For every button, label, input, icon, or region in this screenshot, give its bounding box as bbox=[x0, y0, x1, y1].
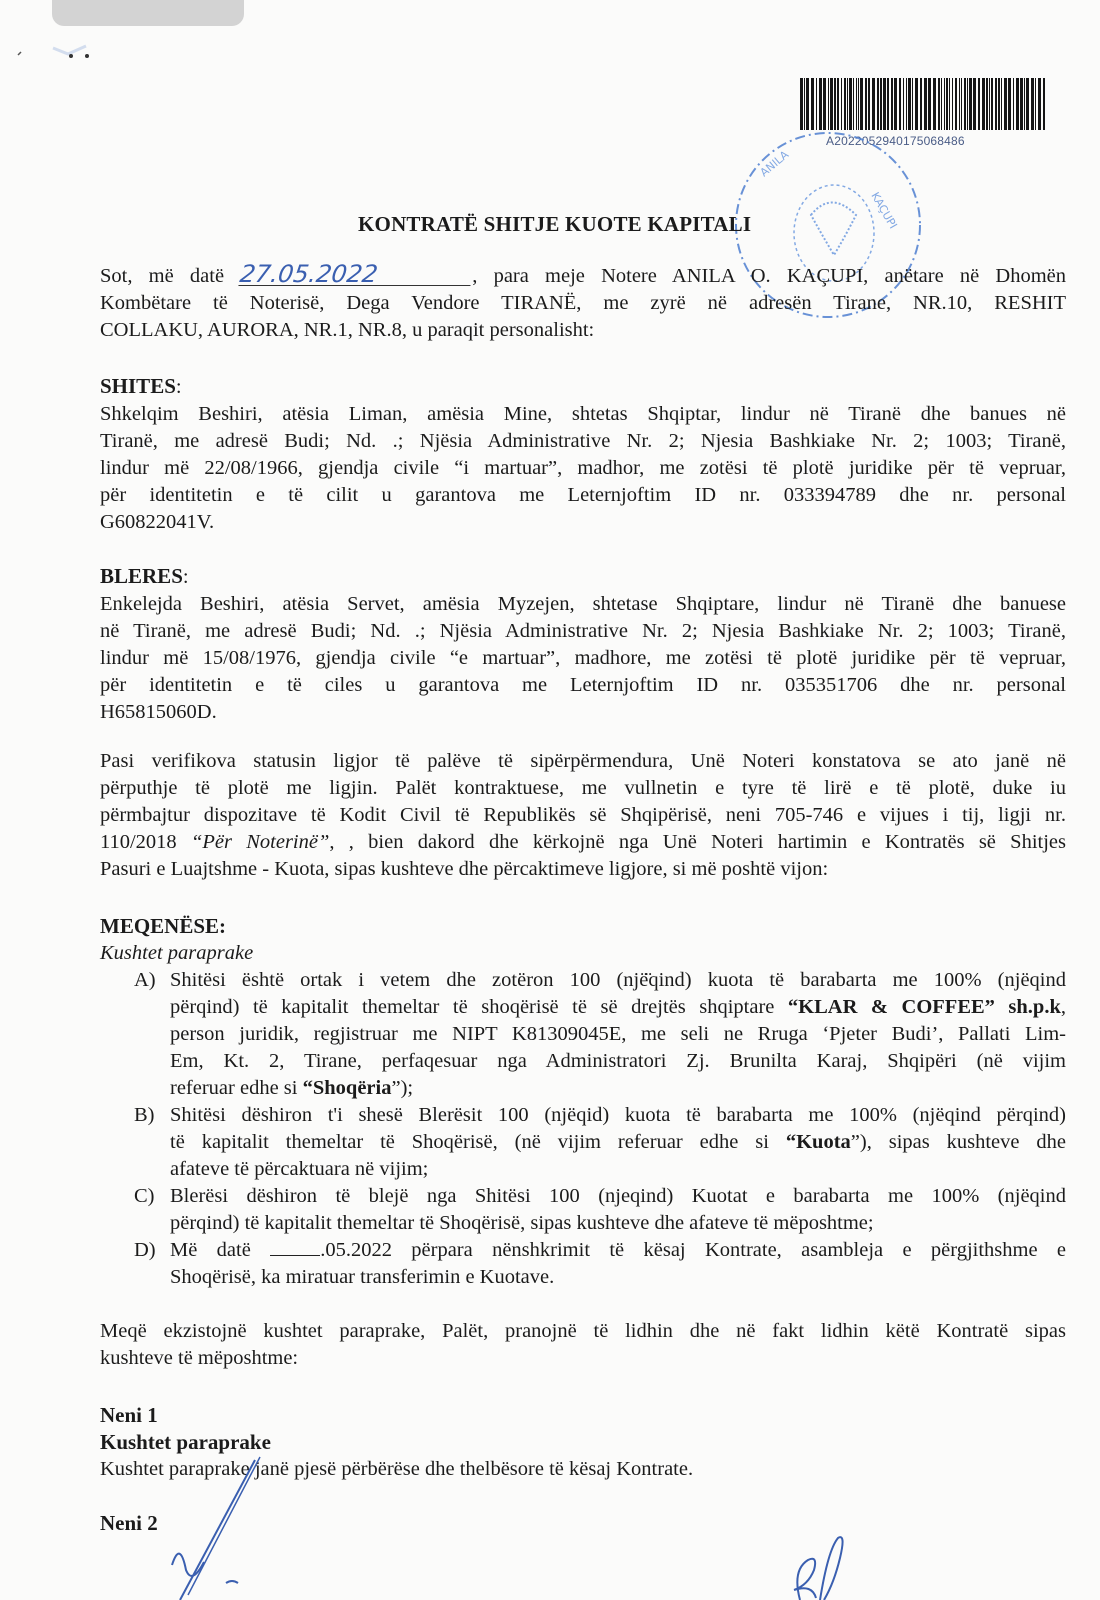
conditions-list: A) Shitësi është ortak i vetem dhe zotër… bbox=[134, 967, 1066, 1291]
whereas-heading: MEQENËSE: bbox=[100, 913, 1066, 940]
buyer-signature bbox=[770, 1535, 860, 1600]
conclusion-line: kushteve të mëposhtme: bbox=[100, 1345, 1066, 1372]
seller-section: SHITES: Shkelqim Beshiri, atësia Liman, … bbox=[100, 373, 1066, 536]
condition-item-d: D) Më datë .05.2022 përpara nënshkrimit … bbox=[134, 1237, 1066, 1291]
seller-line: për identitetin e të cilit u garantova m… bbox=[100, 482, 1066, 509]
buyer-heading: BLERES bbox=[100, 564, 183, 588]
svg-text:ANILA: ANILA bbox=[758, 148, 792, 179]
buyer-line: në Tiranë, me adresë Budi; Nd. .; Njësia… bbox=[100, 618, 1066, 645]
barcode-bars bbox=[800, 78, 1046, 130]
top-tab-overlay bbox=[52, 0, 244, 26]
verification-paragraph: Pasi verifikova statusin ligjor të palëv… bbox=[100, 748, 1066, 883]
seller-heading: SHITES bbox=[100, 374, 176, 398]
intro-line1-rest: , para meje Notere ANILA O. KAÇUPI, anët… bbox=[472, 265, 1066, 287]
item-line: Blerësi dëshiron të blejë nga Shitësi 10… bbox=[170, 1183, 1066, 1210]
scan-artifact-mark bbox=[8, 40, 98, 70]
buyer-line: H65815060D. bbox=[100, 699, 1066, 726]
seller-line: lindur më 22/08/1966, gjendja civile “i … bbox=[100, 455, 1066, 482]
condition-item-c: C) Blerësi dëshiron të blejë nga Shitësi… bbox=[134, 1183, 1066, 1237]
item-marker: C) bbox=[134, 1183, 155, 1210]
item-d-rest: .05.2022 përpara nënshkrimit të kësaj Ko… bbox=[320, 1239, 1066, 1261]
verification-line: Pasuri e Luajtshme - Kuota, sipas kushte… bbox=[100, 856, 1066, 883]
law-number: 110/2018 bbox=[100, 831, 191, 853]
item-line: Shitësi dëshiron t'i shesë Blerësit 100 … bbox=[170, 1102, 1066, 1129]
item-line: Shoqërisë, ka miratuar transferimin e Ku… bbox=[170, 1264, 1066, 1291]
bold-term: “Shoqëria bbox=[303, 1077, 392, 1099]
item-line: person juridik, regjistruar me NIPT K813… bbox=[170, 1021, 1066, 1048]
buyer-line: Enkelejda Beshiri, atësia Servet, amësia… bbox=[100, 591, 1066, 618]
item-line: afateve të përcaktuara në vijim; bbox=[170, 1156, 1066, 1183]
blank-date-field bbox=[270, 1237, 320, 1256]
handwritten-date: 27.05.2022 bbox=[239, 263, 474, 286]
buyer-line: lindur më 15/08/1976, gjendja civile “e … bbox=[100, 645, 1066, 672]
item-marker: D) bbox=[134, 1237, 156, 1264]
item-line: përqind) të kapitalit themeltar të shoqë… bbox=[170, 994, 1066, 1021]
item-line: referuar edhe si “Shoqëria”); bbox=[170, 1075, 1066, 1102]
condition-item-b: B) Shitësi dëshiron t'i shesë Blerësit 1… bbox=[134, 1102, 1066, 1183]
item-d-prefix: Më datë bbox=[170, 1239, 251, 1261]
verification-line: Pasi verifikova statusin ligjor të palëv… bbox=[100, 748, 1066, 775]
buyer-section: BLERES: Enkelejda Beshiri, atësia Servet… bbox=[100, 563, 1066, 726]
intro-line2: Kombëtare të Noterisë, Dega Vendore TIRA… bbox=[100, 290, 1066, 317]
item-line: përqind) të kapitalit themeltar të Shoqë… bbox=[170, 1210, 1066, 1237]
conclusion-paragraph: Meqë ekzistojnë kushtet paraprake, Palët… bbox=[100, 1318, 1066, 1372]
seller-signature bbox=[160, 1455, 280, 1600]
document-title: KONTRATË SHITJE KUOTE KAPITALI bbox=[358, 212, 751, 237]
verification-line: përputhje të plotë me ligjin. Palët kont… bbox=[100, 775, 1066, 802]
seller-line: Tiranë, me adresë Budi; Nd. .; Njësia Ad… bbox=[100, 428, 1066, 455]
bold-term: “Kuota bbox=[786, 1131, 851, 1153]
intro-line3: COLLAKU, AURORA, NR.1, NR.8, u paraqit p… bbox=[100, 317, 1066, 344]
conclusion-line: Meqë ekzistojnë kushtet paraprake, Palët… bbox=[100, 1318, 1066, 1345]
article-1-title: Kushtet paraprake bbox=[100, 1429, 1066, 1456]
intro-paragraph: Sot, më datë 27.05.2022, para meje Noter… bbox=[100, 263, 1066, 344]
condition-item-a: A) Shitësi është ortak i vetem dhe zotër… bbox=[134, 967, 1066, 1102]
verification-line4-rest: , , bien dakord dhe kërkojnë nga Unë Not… bbox=[329, 831, 1066, 853]
item-marker: B) bbox=[134, 1102, 155, 1129]
svg-text:KAÇUPI: KAÇUPI bbox=[868, 190, 899, 231]
buyer-line: për identitetin e të ciles u garantova m… bbox=[100, 672, 1066, 699]
intro-prefix: Sot, më datë bbox=[100, 265, 224, 287]
whereas-header: MEQENËSE: Kushtet paraprake bbox=[100, 913, 1066, 967]
law-title: “Për Noterinë” bbox=[191, 831, 329, 853]
whereas-subheading: Kushtet paraprake bbox=[100, 942, 253, 964]
article-1-number: Neni 1 bbox=[100, 1402, 1066, 1429]
item-line: Em, Kt. 2, Tirane, perfaqesuar nga Admin… bbox=[170, 1048, 1066, 1075]
item-line: të kapitalit themeltar të Shoqërisë, (në… bbox=[170, 1129, 1066, 1156]
item-line: Shitësi është ortak i vetem dhe zotëron … bbox=[170, 967, 1066, 994]
seller-line: G60822041V. bbox=[100, 509, 1066, 536]
bold-term: “KLAR & COFFEE” sh.p.k bbox=[788, 996, 1061, 1018]
verification-line: përmbajtur dispozitave të Kodit Civil të… bbox=[100, 802, 1066, 829]
item-marker: A) bbox=[134, 967, 156, 994]
seller-line: Shkelqim Beshiri, atësia Liman, amësia M… bbox=[100, 401, 1066, 428]
